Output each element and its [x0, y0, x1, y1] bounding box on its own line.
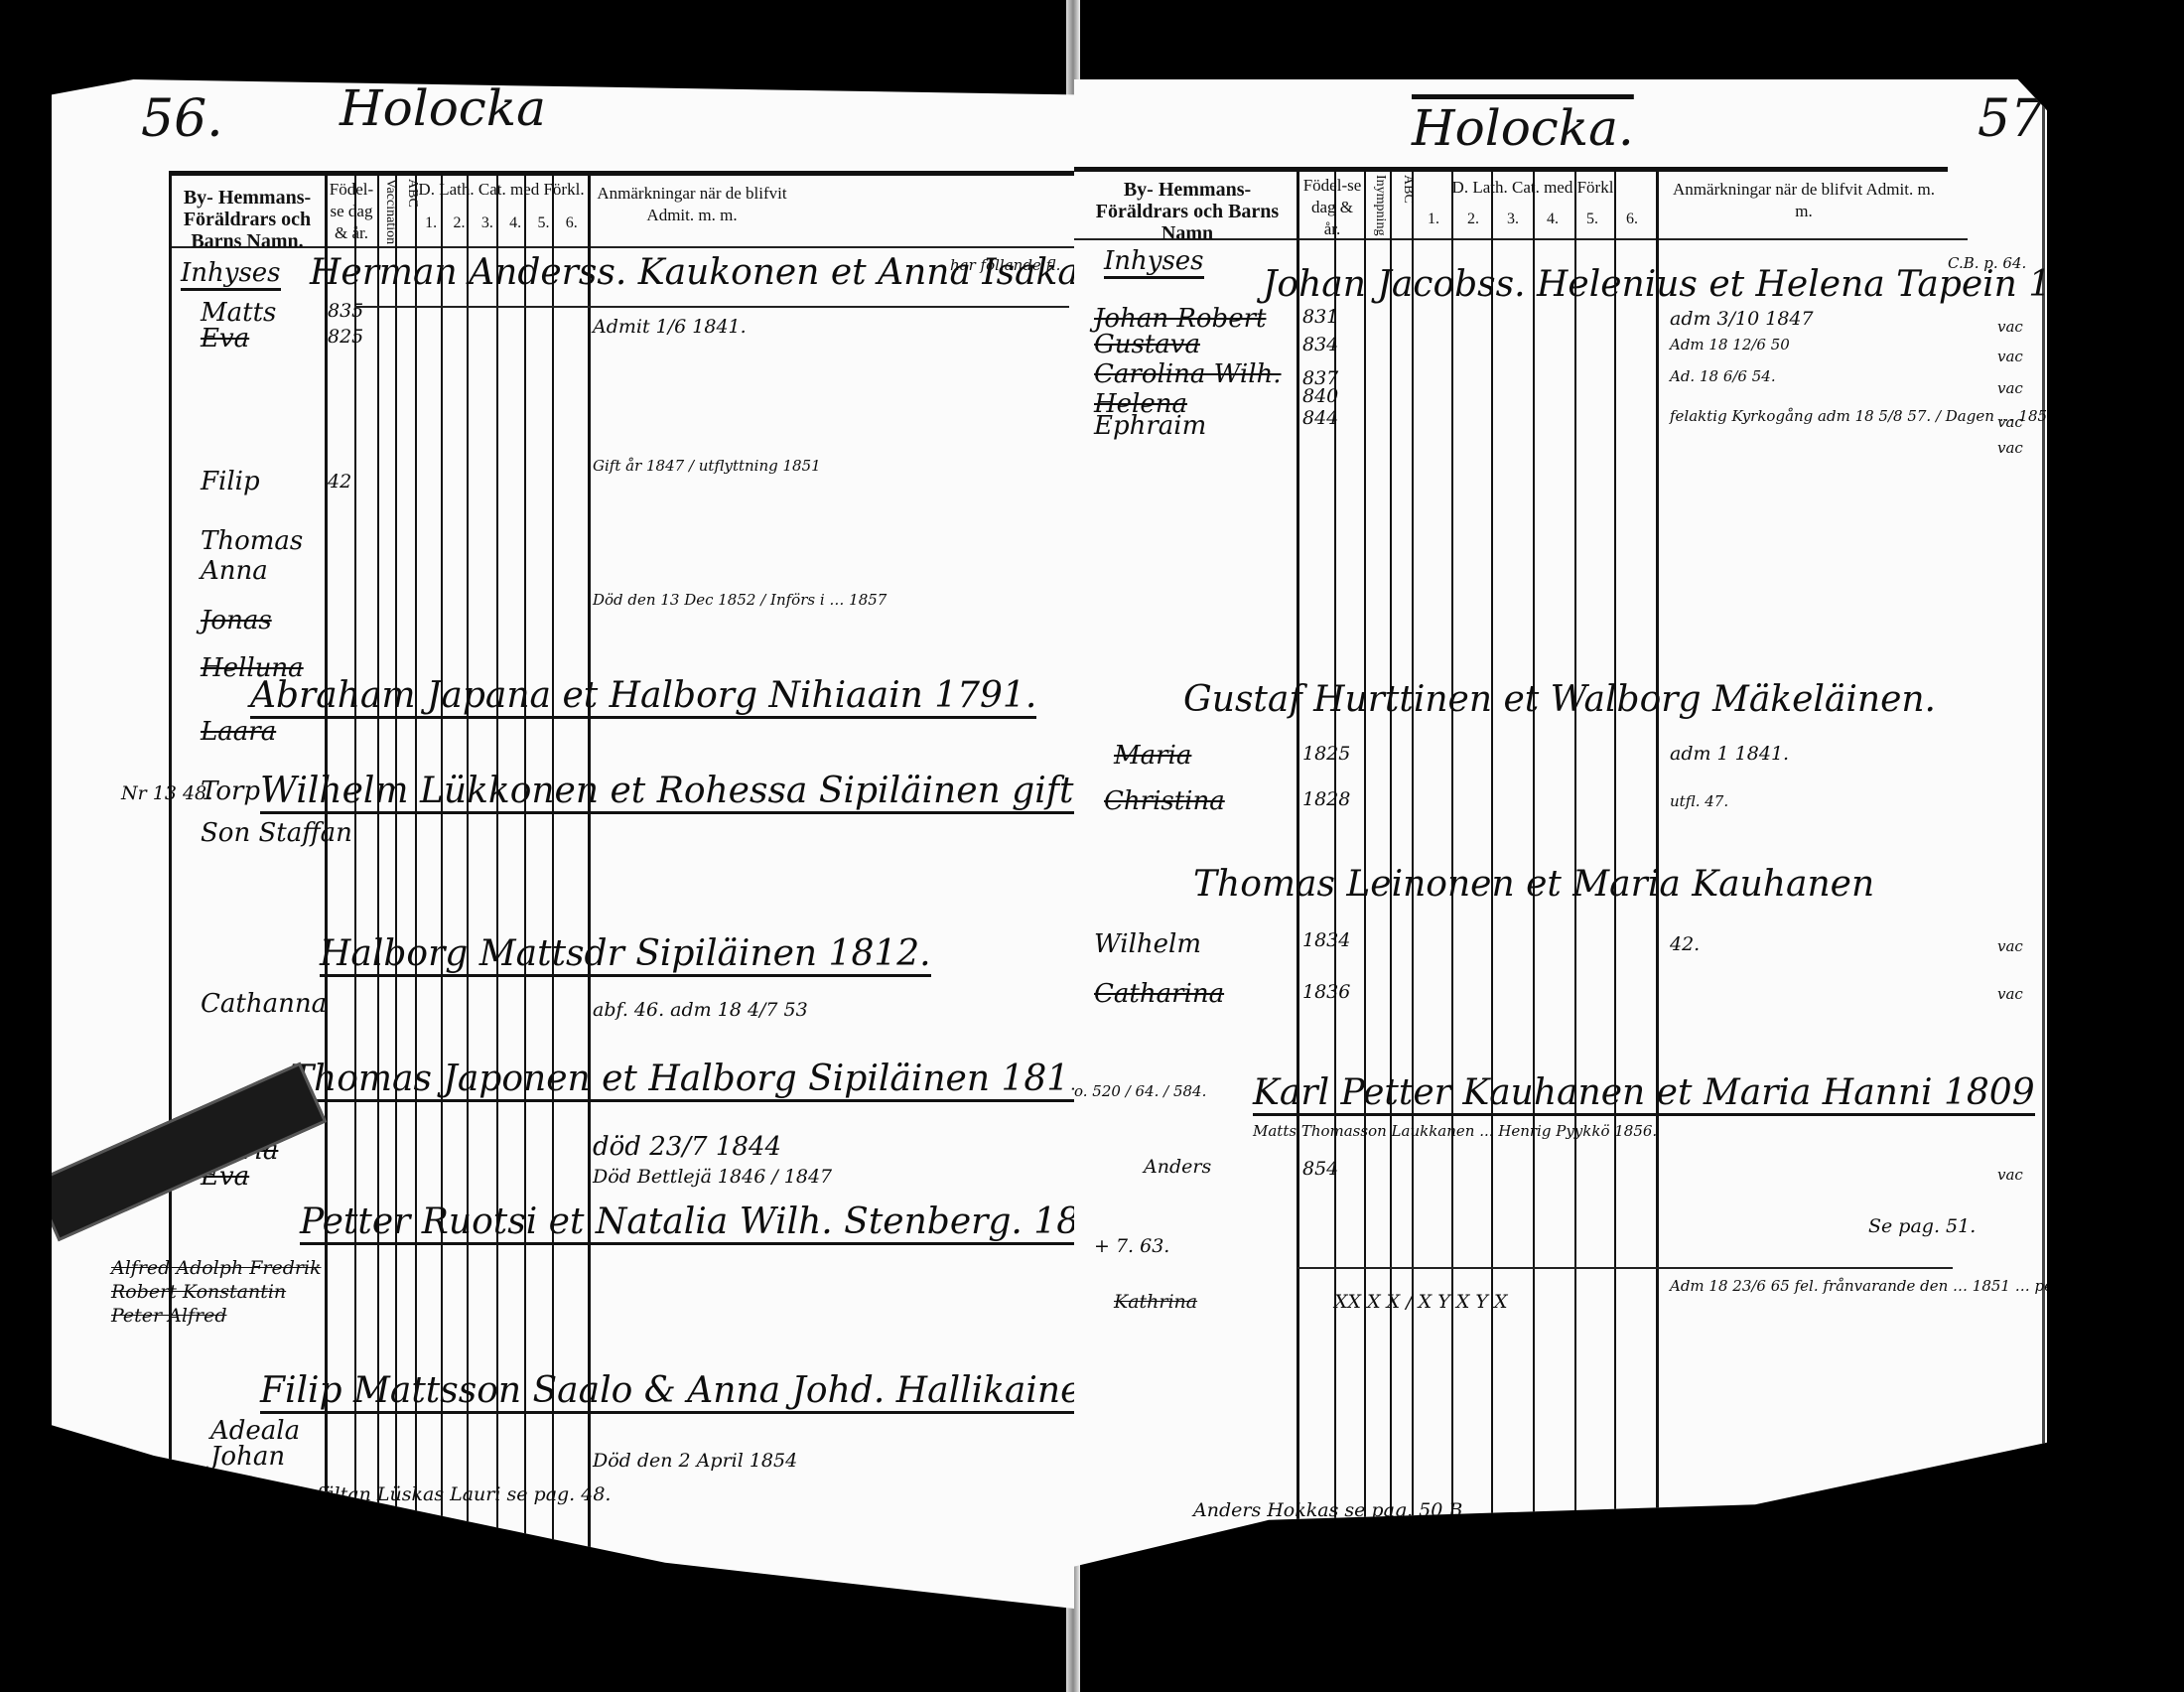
entry-remark: Adm 18 12/6 50 [1670, 336, 1790, 353]
entry-margin: + 7. 63. [1094, 1235, 1169, 1257]
page-number: 56. [141, 89, 223, 149]
entry-note: Anders Hokkas se pag. 50 B [1193, 1499, 1462, 1521]
entry-birth-year: 854 [1302, 1158, 1338, 1180]
entry-name: Jonas [201, 606, 272, 635]
entry-parents: Thomas Leinonen et Maria Kauhanen [1193, 864, 1874, 905]
entry-remark: abf. 46. adm 18 4/7 53 [593, 999, 808, 1021]
village-title: Holocka. [1412, 99, 1634, 157]
entry-note: C.B. p. 64. [1948, 254, 2026, 272]
entry-name: Robert Konstantin [111, 1281, 286, 1303]
entry-name: Ephraim [1094, 411, 1206, 441]
entry-birth-year: 1834 [1302, 929, 1350, 951]
entry-birth-year: 825 [328, 326, 363, 348]
entry-margin-right: vac [1997, 985, 2023, 1003]
lath-num-6: 6. [1626, 211, 1638, 228]
entry-margin-right: vac [1997, 439, 2023, 457]
page-number: 57. [1978, 89, 2060, 149]
right-page: 57. Holocka. By- Hemmans- Föräldrars och… [1074, 79, 2047, 1628]
entry-name: Wilhelm [1094, 929, 1201, 959]
header-birth: Födel-se dag & år. [1302, 175, 1362, 240]
village-title: Holocka [340, 79, 546, 137]
lath-num-1: 1. [425, 214, 437, 232]
entry-birth-year: 834 [1302, 334, 1338, 355]
entry-remark: Död Bettlejä 1846 / 1847 [593, 1166, 832, 1188]
entry-birth-year: 844 [1302, 407, 1338, 429]
entry-note: har föllande fl. [950, 256, 1060, 274]
header-remarks: Anmärkningar när de blifvit Admit. m. m. [593, 183, 791, 226]
entry-label: Inhyses [181, 258, 281, 291]
entry-remark: Ad. 18 6/6 54. [1670, 367, 1776, 385]
header-names: By- Hemmans- Föräldrars och Barns Namn [1078, 179, 1297, 244]
entry-note: Bergsfältan Lüskas Lauri se pag. 48. [260, 1483, 611, 1505]
lath-num-2: 2. [1467, 211, 1479, 228]
entry-birth-year: 42 [328, 471, 351, 493]
entry-remark: Adm 18 23/6 65 fel. frånvarande den … 18… [1670, 1277, 2114, 1295]
lath-num-5: 5. [1586, 211, 1598, 228]
row-rule [354, 306, 1069, 308]
lath-num-1: 1. [1428, 211, 1439, 228]
entry-margin-right: vac [1997, 1166, 2023, 1184]
entry-name: Gustava [1094, 330, 1200, 359]
entry-parents: Halborg Mattsdr Sipiläinen 1812. [320, 933, 931, 977]
entry-name: Eva [201, 324, 249, 353]
entry-name: Anders [1144, 1156, 1211, 1178]
left-page: 56. Holocka By- Hemmans- Föräldrars och … [52, 79, 1074, 1609]
entry-name: Maria [1114, 741, 1191, 771]
entry-name: Thomas [201, 526, 303, 556]
entry-name: Johan [210, 1442, 285, 1472]
entry-name: Filip [201, 467, 260, 496]
entry-parents: Petter Ruotsi et Natalia Wilh. Stenberg.… [300, 1201, 1125, 1245]
header-names: By- Hemmans- Föräldrars och Barns Namn. [173, 187, 322, 252]
column-line [169, 171, 172, 1561]
lath-num-2: 2. [453, 214, 465, 232]
header-remarks: Anmärkningar när de blifvit Admit. m. m. [1670, 179, 1938, 222]
lath-num-4: 4. [509, 214, 521, 232]
entry-remark: död 23/7 1844 [593, 1132, 781, 1162]
entry-remark: adm 3/10 1847 [1670, 308, 1814, 330]
entry-name: Son Staffan [201, 818, 352, 848]
entry-remark: 42. [1670, 933, 1700, 955]
row-rule [1297, 1267, 1953, 1269]
entry-margin-right: vac [1997, 348, 2023, 365]
entry-parents: Thomas Japonen et Halborg Sipiläinen 181… [290, 1058, 1092, 1102]
lath-num-6: 6. [566, 214, 578, 232]
header-vaccination: Inympning [1372, 175, 1388, 236]
entry-name: Alfred Adolph Fredrik [111, 1257, 322, 1279]
entry-birth-year: 840 [1302, 385, 1338, 407]
header-rule [171, 171, 1074, 176]
entry-margin-right: vac [1997, 937, 2023, 955]
entry-name: Kathrina [1114, 1291, 1197, 1313]
book-strap [32, 1062, 327, 1242]
lath-num-4: 4. [1547, 211, 1559, 228]
entry-label: Inhyses [1104, 246, 1204, 279]
entry-parents: Karl Petter Kauhanen et Maria Hanni 1809 [1253, 1072, 2035, 1116]
entry-name: Laara [201, 717, 276, 747]
entry-remark: Död den 13 Dec 1852 / Införs i … 1857 [593, 591, 887, 609]
entry-remark: Död den 2 April 1854 [593, 1450, 797, 1472]
column-line [354, 171, 356, 1581]
lath-num-5: 5. [537, 214, 549, 232]
lath-num-3: 3. [1507, 211, 1519, 228]
entry-name: Anna [201, 556, 268, 586]
entry-remark: felaktig Kyrkogång adm 18 5/8 57. / Dage… [1670, 407, 2057, 425]
entry-margin: o. 520 / 64. / 584. [1074, 1082, 1206, 1100]
entry-name: Catharina [1094, 979, 1224, 1009]
entry-note: Se pag. 51. [1868, 1215, 1976, 1237]
entry-remark: adm 1 1841. [1670, 743, 1789, 765]
header-rule [1074, 167, 1948, 172]
entry-parents: Abraham Japana et Halborg Nihiaain 1791. [250, 675, 1036, 719]
entry-margin: Nr 13 48. [121, 782, 212, 804]
entry-margin-right: vac [1997, 379, 2023, 397]
entry-birth-year: 1825 [1302, 743, 1350, 765]
entry-note: Matts Thomasson Laukkanen ... Henrig Pyy… [1253, 1122, 1657, 1140]
header-birth: Födel-se dag & år. [328, 179, 375, 244]
column-line [325, 171, 328, 1581]
entry-parents: Wilhelm Lükkonen et Rohessa Sipiläinen g… [260, 771, 1176, 814]
entry-label: Torp [201, 776, 260, 806]
entry-remark: utfl. 47. [1670, 792, 1728, 810]
entry-remark: Gift år 1847 / utflyttning 1851 [593, 457, 821, 475]
entry-name: Peter Alfred [111, 1305, 227, 1327]
entry-birth-year: 1828 [1302, 788, 1350, 810]
entry-parents: Gustaf Hurttinen et Walborg Mäkeläinen. [1183, 679, 1936, 720]
entry-name: Christina [1104, 786, 1225, 816]
entry-birth-year: 835 [328, 300, 363, 322]
entry-marks: XX X X / X Y X Y X [1334, 1291, 1508, 1313]
entry-remark: Admit 1/6 1841. [593, 316, 747, 338]
entry-birth-year: 1836 [1302, 981, 1350, 1003]
lath-num-3: 3. [481, 214, 493, 232]
entry-birth-year: 831 [1302, 306, 1338, 328]
entry-name: Carolina Wilh. [1094, 359, 1282, 389]
entry-margin-right: vac [1997, 318, 2023, 336]
entry-name: Cathanna [201, 989, 327, 1019]
